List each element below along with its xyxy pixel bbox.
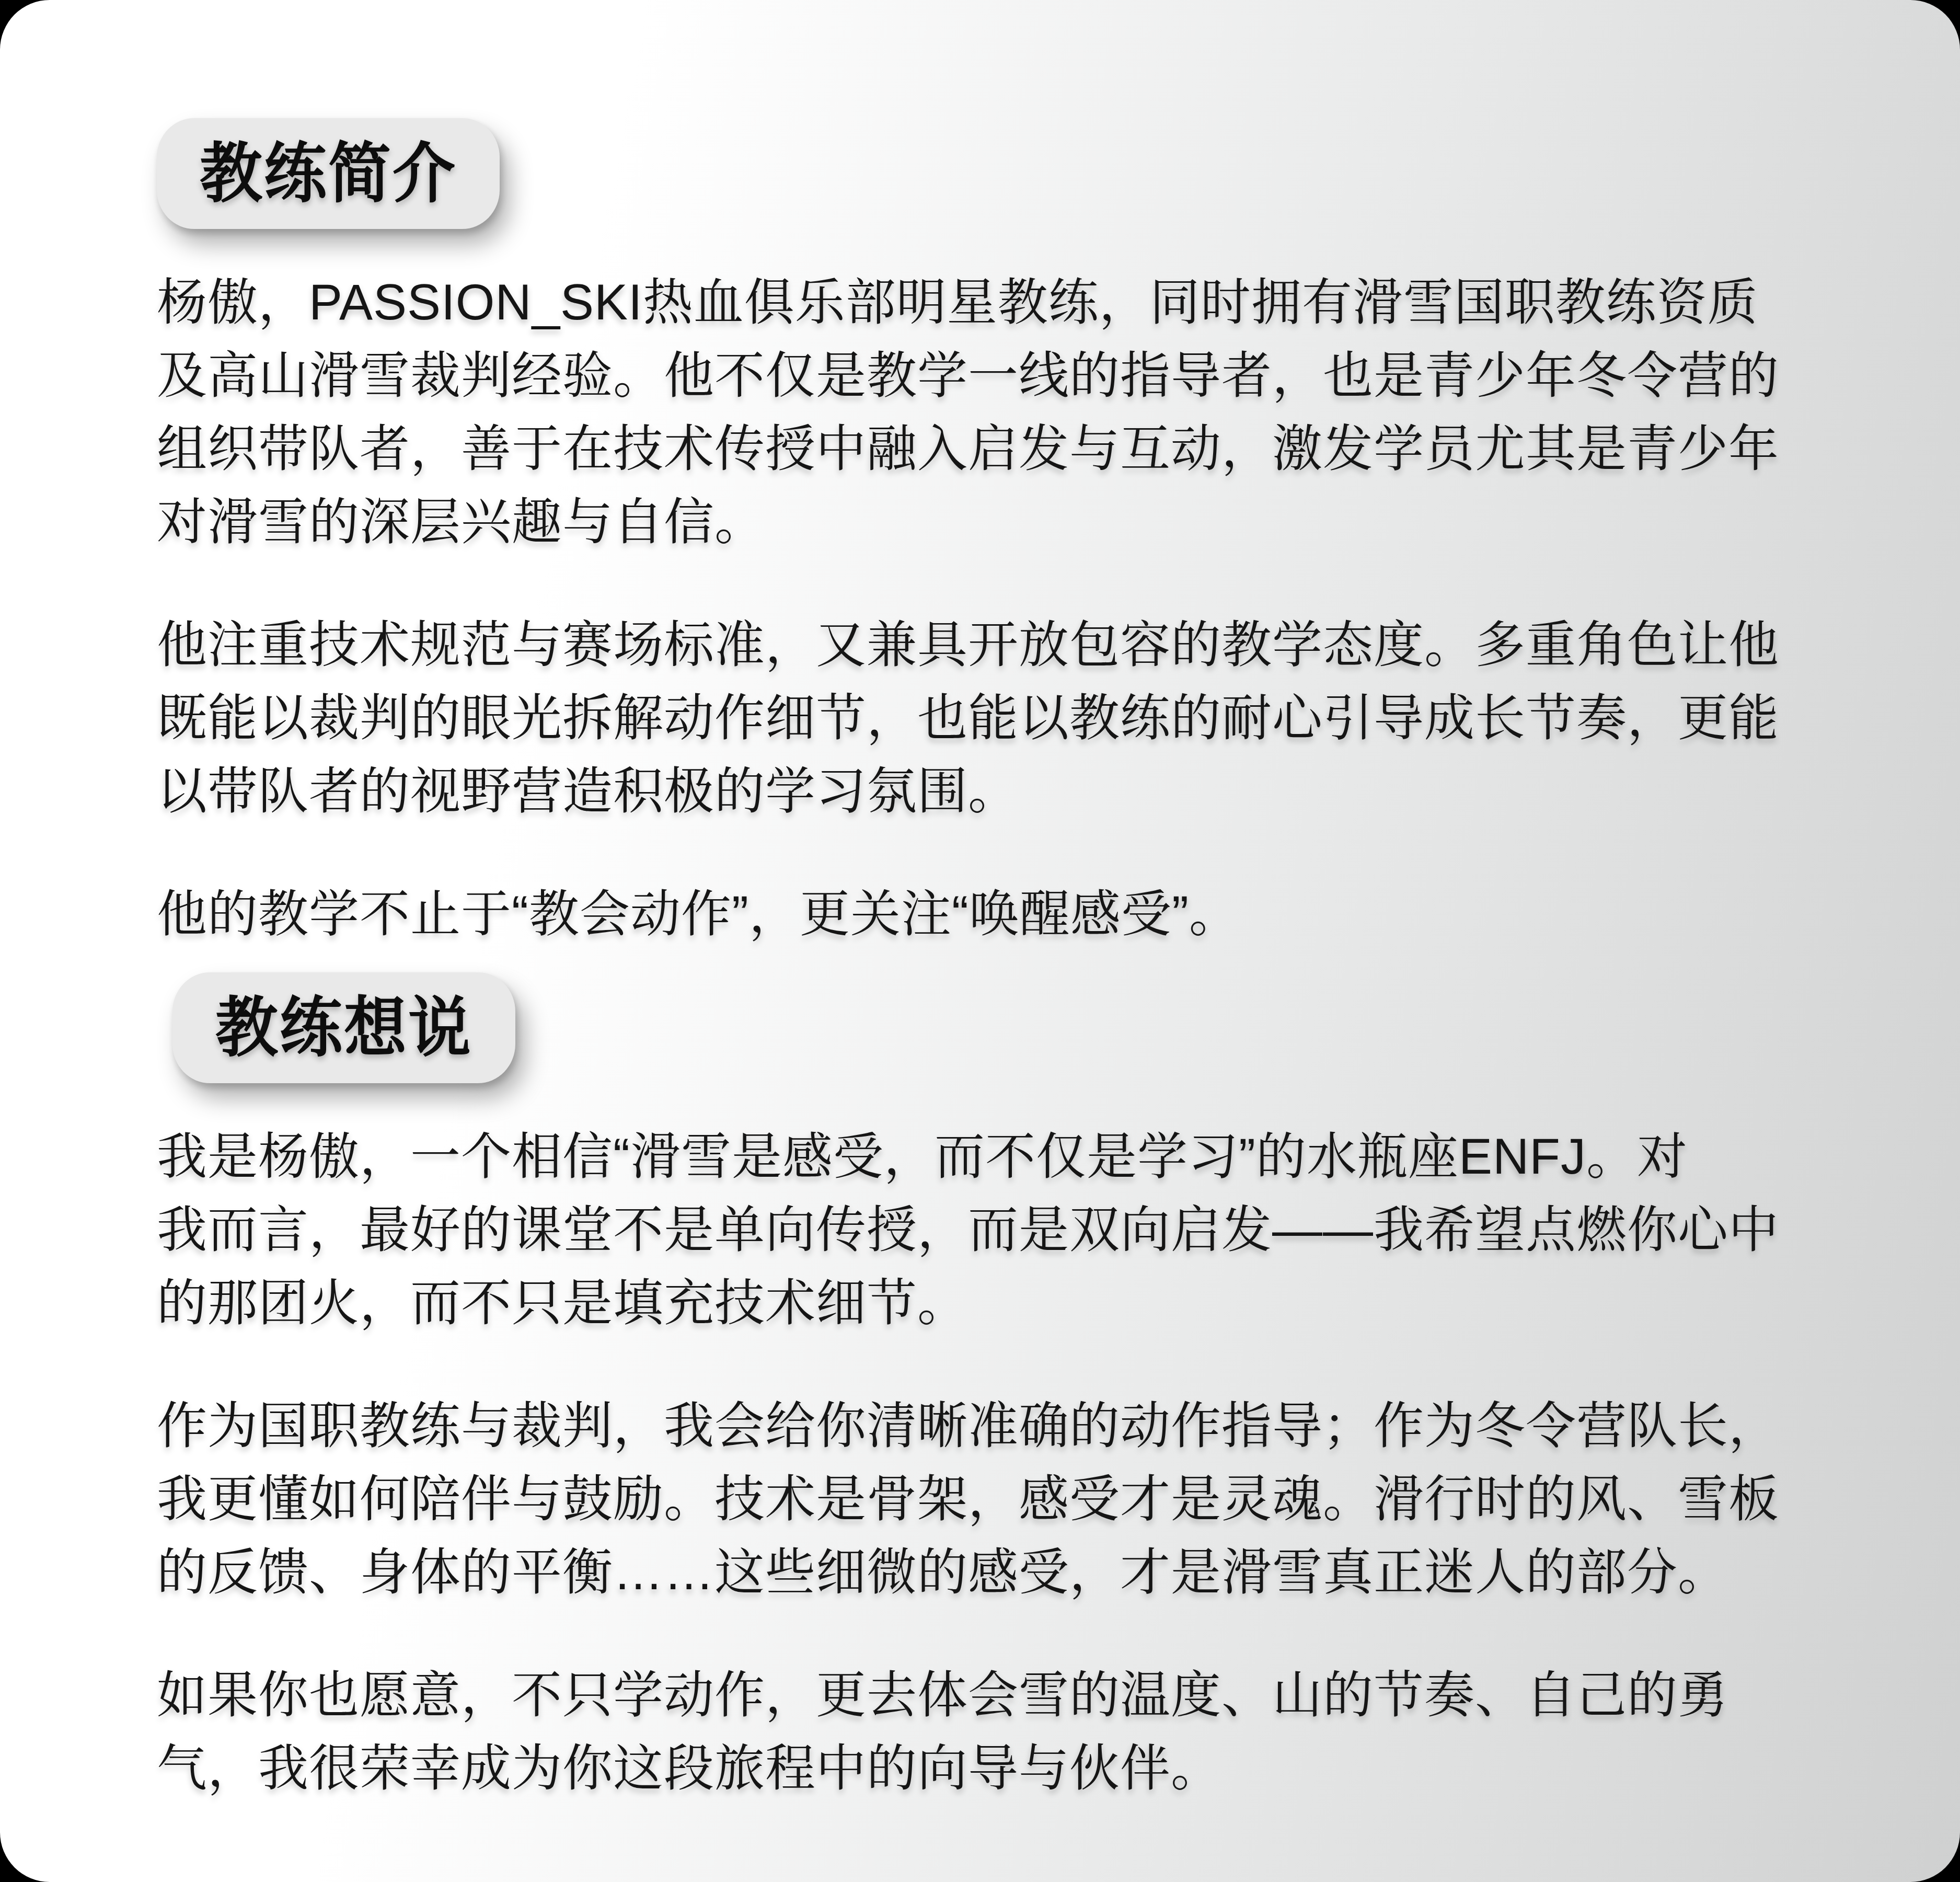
profile-paragraph-1: 杨傲，PASSION_SKI热血俱乐部明星教练，同时拥有滑雪国职教练资质 及高山… [157, 266, 1811, 559]
coach-profile-badge: 教练简介 [157, 118, 500, 229]
coach-message-badge: 教练想说 [172, 972, 515, 1083]
section-coach-profile: 教练简介 杨傲，PASSION_SKI热血俱乐部明星教练，同时拥有滑雪国职教练资… [157, 120, 1811, 951]
message-paragraph-1: 我是杨傲，一个相信“滑雪是感受，而不仅是学习”的水瓶座ENFJ。对 我而言，最好… [157, 1120, 1811, 1340]
card-content: 教练简介 杨傲，PASSION_SKI热血俱乐部明星教练，同时拥有滑雪国职教练资… [157, 120, 1811, 1805]
profile-paragraph-2: 他注重技术规范与赛场标准，又兼具开放包容的教学态度。多重角色让他 既能以裁判的眼… [157, 609, 1811, 828]
message-paragraph-2: 作为国职教练与裁判，我会给你清晰准确的动作指导；作为冬令营队长， 我更懂如何陪伴… [157, 1390, 1811, 1609]
message-paragraph-3: 如果你也愿意，不只学动作，更去体会雪的温度、山的节奏、自己的勇 气，我很荣幸成为… [157, 1659, 1811, 1805]
section-coach-message: 教练想说 我是杨傲，一个相信“滑雪是感受，而不仅是学习”的水瓶座ENFJ。对 我… [157, 974, 1811, 1805]
coach-profile-card: 教练简介 杨傲，PASSION_SKI热血俱乐部明星教练，同时拥有滑雪国职教练资… [0, 0, 1960, 1882]
profile-paragraph-3: 他的教学不止于“教会动作”，更关注“唤醒感受”。 [157, 878, 1811, 951]
